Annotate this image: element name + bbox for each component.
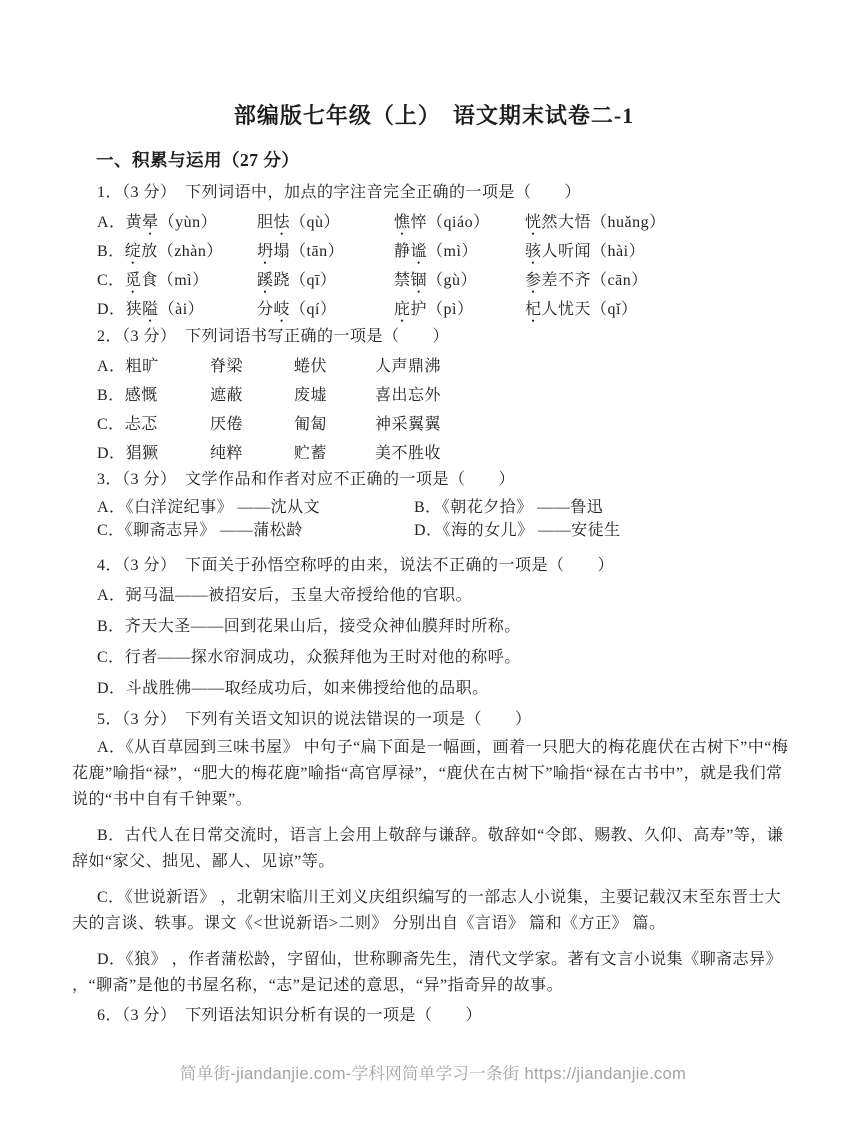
option-word: 坍塌（tān） xyxy=(257,238,394,261)
q1-options: A．黄晕（yùn） 胆怯（qù） 憔悴（qiáo） 恍然大悟（huǎng） B．… xyxy=(97,206,796,322)
option-label: B． xyxy=(414,499,442,516)
option-word: 厌倦 xyxy=(210,411,294,434)
option: A．弼马温——被招安后，玉皇大帝授给他的官职。 xyxy=(97,585,796,607)
option: D．《海的女儿》 ——安徒生 xyxy=(414,519,796,542)
option-label: D． xyxy=(97,301,126,318)
q3-options: A．《白洋淀纪事》 ——沈从文 B．《朝花夕拾》 ——鲁迅 C．《聊斋志异》 —… xyxy=(97,496,796,542)
dotted-char: 蹊 xyxy=(257,267,274,290)
option: C．《聊斋志异》 ——蒲松龄 xyxy=(97,519,414,542)
option-row: C．觅食（mì） 蹊跷（qī） 禁锢（gù） 参差不齐（cān） xyxy=(97,264,796,293)
option: B．《朝花夕拾》 ——鲁迅 xyxy=(414,496,796,519)
option-row: B．感慨 遮蔽 废墟 喜出忘外 xyxy=(97,379,796,408)
option-label: C． xyxy=(97,649,125,666)
dotted-char: 恍 xyxy=(525,209,542,232)
option-word: 匍匐 xyxy=(294,411,375,434)
option-label: D． xyxy=(414,522,443,539)
dotted-char: 庇 xyxy=(394,296,411,319)
option-word: B．绽放（zhàn） xyxy=(97,238,257,261)
dotted-char: 憔 xyxy=(394,209,411,232)
option-label: C． xyxy=(97,272,125,289)
option-label: D． xyxy=(97,680,126,697)
option-word: 恍然大悟（huǎng） xyxy=(525,209,796,232)
option-word: 脊梁 xyxy=(210,353,294,376)
option-word: B．感慨 xyxy=(97,382,210,405)
option-word: 美不胜收 xyxy=(375,440,796,463)
q4-options: A．弼马温——被招安后，玉皇大帝授给他的官职。 B．齐天大圣——回到花果山后，接… xyxy=(72,585,796,700)
dotted-char: 坍 xyxy=(257,238,274,261)
q6-stem: 6．（3 分） 下列语法知识分析有误的一项是（ ） xyxy=(97,1005,796,1027)
option-row: D．狭隘（ài） 分岐（qí） 庇护（pì） 杞人忧天（qǐ） xyxy=(97,293,796,322)
option-word: 分岐（qí） xyxy=(257,296,394,319)
dotted-char: 岐 xyxy=(274,296,291,319)
q4-stem: 4．（3 分） 下面关于孙悟空称呼的由来，说法不正确的一项是（ ） xyxy=(97,555,796,577)
option: A．《白洋淀纪事》 ——沈从文 xyxy=(97,496,414,519)
option: C．行者——探水帘洞成功，众猴拜他为王时对他的称呼。 xyxy=(97,647,796,669)
option-label: B． xyxy=(97,243,125,260)
option-word: 人声鼎沸 xyxy=(375,353,796,376)
option-label: B． xyxy=(97,827,125,844)
option-label: C． xyxy=(97,522,125,539)
option-word: 禁锢（gù） xyxy=(394,267,525,290)
option-label: A． xyxy=(97,739,126,756)
option-label: A． xyxy=(97,358,126,375)
dotted-char: 骇 xyxy=(525,238,542,261)
option-label: D． xyxy=(97,951,126,968)
option-word: 参差不齐（cān） xyxy=(525,267,796,290)
option-word: 蜷伏 xyxy=(294,353,375,376)
section-heading: 一、积累与运用（27 分） xyxy=(96,148,796,172)
dotted-char: 杞 xyxy=(525,296,542,319)
option-label: A． xyxy=(97,499,126,516)
option-row: A．黄晕（yùn） 胆怯（qù） 憔悴（qiáo） 恍然大悟（huǎng） xyxy=(97,206,796,235)
footer-watermark: 简单街-jiandanjie.com-学科网简单学习一条街 https://ji… xyxy=(0,1060,866,1084)
dotted-char: 谧 xyxy=(411,238,428,261)
option: D．斗战胜佛——取经成功后，如来佛授给他的品职。 xyxy=(97,678,796,700)
option-word: 纯粹 xyxy=(210,440,294,463)
option-word: 喜出忘外 xyxy=(375,382,796,405)
option-word: 庇护（pì） xyxy=(394,296,525,319)
option-word: 神采翼翼 xyxy=(375,411,796,434)
option-word: D．狭隘（ài） xyxy=(97,296,257,319)
option-label: B． xyxy=(97,618,125,635)
option: B．齐天大圣——回到花果山后，接受众神仙膜拜时所称。 xyxy=(97,616,796,638)
option-word: 废墟 xyxy=(294,382,375,405)
dotted-char: 怯 xyxy=(274,209,291,232)
option-word: 胆怯（qù） xyxy=(257,209,394,232)
option-word: 静谧（mì） xyxy=(394,238,525,261)
dotted-char: 觅 xyxy=(125,267,142,290)
option-label: A． xyxy=(97,587,126,604)
option-word: 遮蔽 xyxy=(210,382,294,405)
dotted-char: 隘 xyxy=(142,296,159,319)
dotted-char: 锢 xyxy=(411,267,428,290)
dotted-char: 绽 xyxy=(125,238,142,261)
option: D．《狼》 ，作者蒲松龄，字留仙，世称聊斋先生，清代文学家。著有文言小说集《聊斋… xyxy=(72,947,796,999)
option-word: 憔悴（qiáo） xyxy=(394,209,525,232)
option: C．《世说新语》 ，北朝宋临川王刘义庆组织编写的一部志人小说集，主要记载汉末至东… xyxy=(72,885,796,937)
page-title: 部编版七年级（上） 语文期末试卷二-1 xyxy=(72,99,796,132)
option-row: C．忐忑 厌倦 匍匐 神采翼翼 xyxy=(97,408,796,437)
option-word: 贮蓄 xyxy=(294,440,375,463)
option-word: 蹊跷（qī） xyxy=(257,267,394,290)
option-label: B． xyxy=(97,387,125,404)
option-word: A．粗旷 xyxy=(97,353,210,376)
option-word: D．猖獗 xyxy=(97,440,210,463)
option-label: A． xyxy=(97,214,126,231)
option: A．《从百草园到三味书屋》 中句子“扁下面是一幅画，画着一只肥大的梅花鹿伏在古树… xyxy=(72,735,796,813)
option-row: D．猖獗 纯粹 贮蓄 美不胜收 xyxy=(97,437,796,466)
dotted-char: 晕 xyxy=(142,209,159,232)
q1-stem: 1．（3 分） 下列词语中，加点的字注音完全正确的一项是（ ） xyxy=(97,182,796,204)
option-word: 骇人听闻（hài） xyxy=(525,238,796,261)
dotted-char: 参 xyxy=(525,267,542,290)
option-row: A．粗旷 脊梁 蜷伏 人声鼎沸 xyxy=(97,350,796,379)
option-label: D． xyxy=(97,445,126,462)
option-word: C．觅食（mì） xyxy=(97,267,257,290)
exam-content: 部编版七年级（上） 语文期末试卷二-1 一、积累与运用（27 分） 1．（3 分… xyxy=(0,0,866,1027)
option-label: C． xyxy=(97,889,125,906)
option: B．古代人在日常交流时，语言上会用上敬辞与谦辞。敬辞如“令郎、赐教、久仰、高寿”… xyxy=(72,823,796,875)
option-word: 杞人忧天（qǐ） xyxy=(525,296,796,319)
option-label: C． xyxy=(97,416,125,433)
exam-document-page: 部编版七年级（上） 语文期末试卷二-1 一、积累与运用（27 分） 1．（3 分… xyxy=(0,0,866,1122)
q5-stem: 5．（3 分） 下列有关语文知识的说法错误的一项是（ ） xyxy=(97,709,796,731)
option-row: B．绽放（zhàn） 坍塌（tān） 静谧（mì） 骇人听闻（hài） xyxy=(97,235,796,264)
q3-stem: 3．（3 分） 文学作品和作者对应不正确的一项是（ ） xyxy=(97,469,796,491)
q2-options: A．粗旷 脊梁 蜷伏 人声鼎沸 B．感慨 遮蔽 废墟 喜出忘外 C．忐忑 厌倦 … xyxy=(97,350,796,466)
q2-stem: 2．（3 分） 下列词语书写正确的一项是（ ） xyxy=(97,326,796,348)
option-word: A．黄晕（yùn） xyxy=(97,209,257,232)
option-word: C．忐忑 xyxy=(97,411,210,434)
